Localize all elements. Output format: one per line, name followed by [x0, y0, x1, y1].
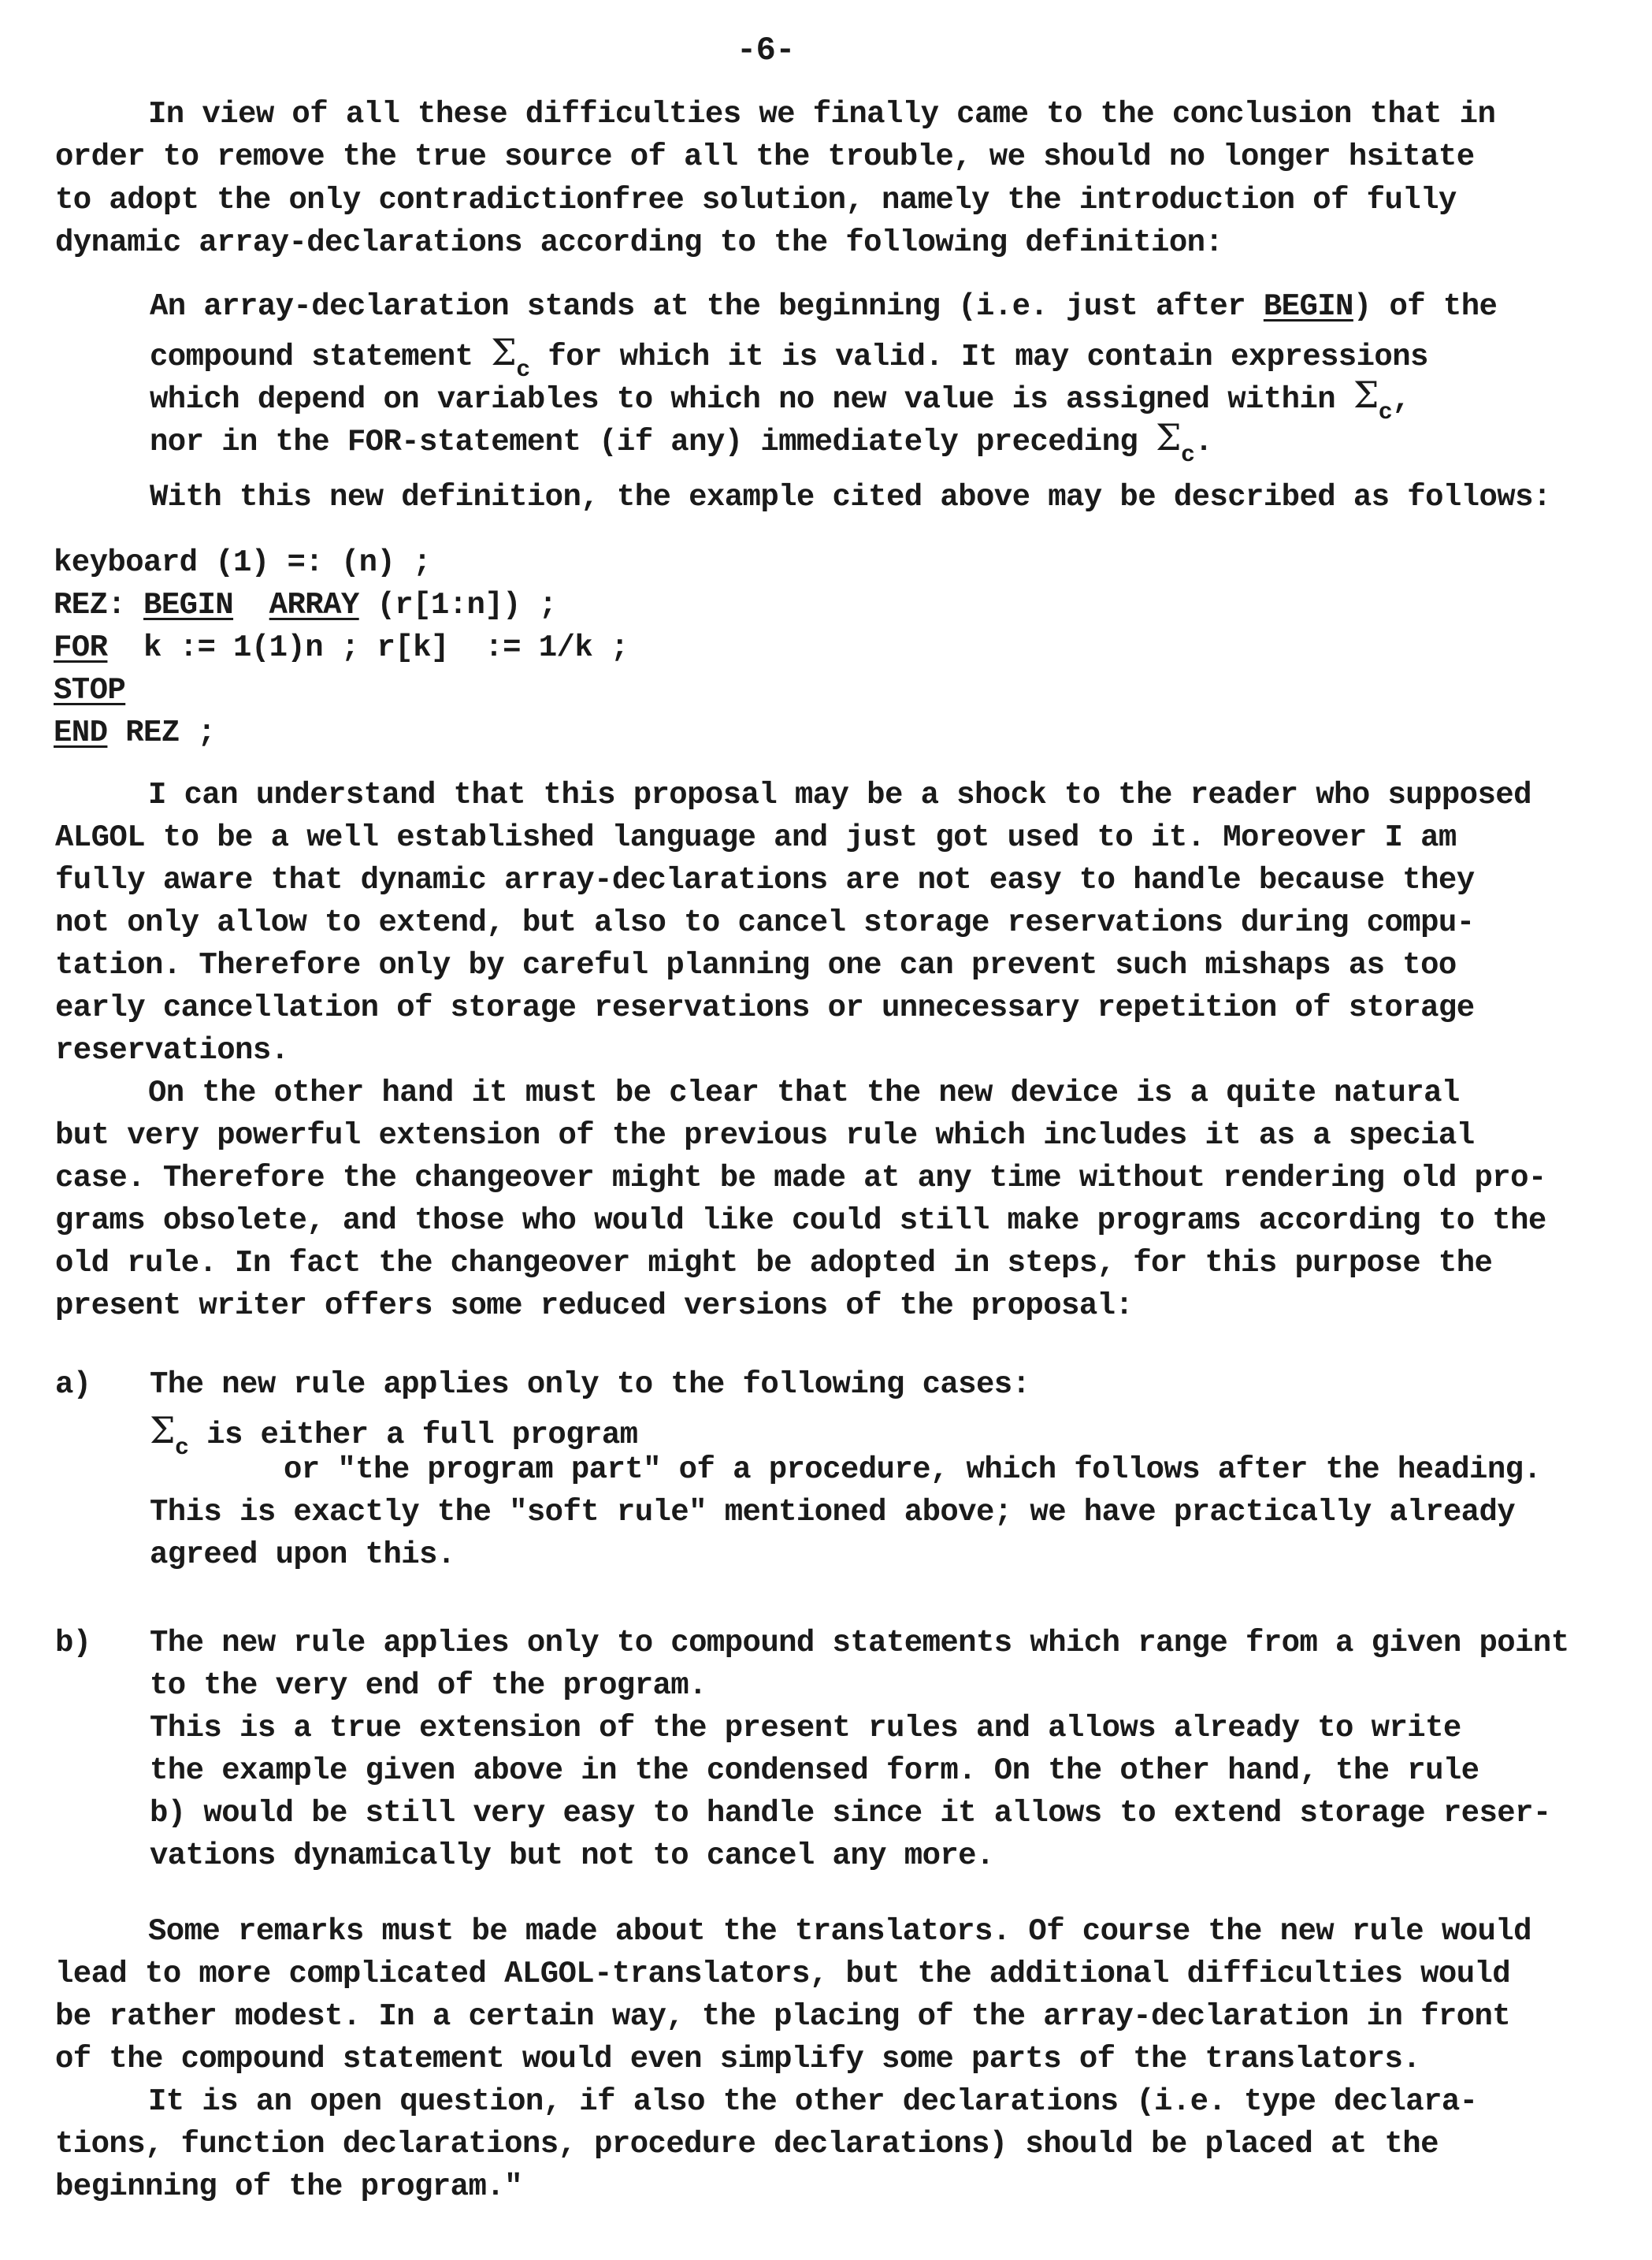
keyword-end: END	[54, 716, 107, 750]
sigma-symbol: Σ	[1353, 374, 1379, 416]
text-line: Some remarks must be made about the tran…	[148, 1916, 1531, 1947]
text-line: tions, function declarations, procedure …	[55, 2129, 1439, 2160]
text-line: order to remove the true source of all t…	[55, 142, 1475, 173]
code-line: keyboard (1) =: (n) ;	[54, 548, 431, 578]
text-line: On the other hand it must be clear that …	[148, 1078, 1460, 1109]
text-line: to the very end of the program.	[150, 1671, 707, 1701]
keyword-begin: BEGIN	[143, 588, 233, 623]
text-line: dynamic array-declarations according to …	[55, 228, 1223, 258]
sigma-symbol: Σ	[1156, 416, 1181, 459]
sigma-symbol: Σ	[491, 331, 516, 374]
text-line: The new rule applies only to compound st…	[150, 1628, 1569, 1659]
keyword-for: FOR	[54, 630, 107, 665]
text-line: fully aware that dynamic array-declarati…	[55, 865, 1475, 896]
text-line: This is a true extension of the present …	[150, 1713, 1461, 1744]
text-line: I can understand that this proposal may …	[148, 780, 1531, 811]
text-line: The new rule applies only to the followi…	[150, 1370, 1030, 1400]
keyword-stop: STOP	[54, 673, 125, 708]
text-line: Σc is either a full program	[150, 1412, 637, 1451]
text-line: In view of all these difficulties we fin…	[148, 99, 1495, 130]
text-line: not only allow to extend, but also to ca…	[55, 908, 1475, 939]
code-line: FOR k := 1(1)n ; r[k] := 1/k ;	[54, 633, 629, 664]
text-line: lead to more complicated ALGOL-translato…	[55, 1959, 1510, 1990]
code-line: END REZ ;	[54, 718, 215, 749]
text-line: old rule. In fact the changeover might b…	[55, 1248, 1492, 1279]
list-marker: a)	[55, 1370, 91, 1400]
text-line: compound statement Σc for which it is va…	[150, 334, 1428, 373]
text-line: tation. Therefore only by careful planni…	[55, 950, 1457, 981]
code-line: STOP	[54, 675, 125, 706]
text-line: An array-declaration stands at the begin…	[150, 292, 1497, 322]
list-marker: b)	[55, 1628, 91, 1659]
keyword-array: ARRAY	[269, 588, 359, 623]
text-line: or "the program part" of a procedure, wh…	[284, 1455, 1541, 1485]
text-line: the example given above in the condensed…	[150, 1756, 1479, 1786]
text-line: vations dynamically but not to cancel an…	[150, 1841, 994, 1872]
text-line: present writer offers some reduced versi…	[55, 1291, 1133, 1321]
code-line: REZ: BEGIN ARRAY (r[1:n]) ;	[54, 590, 557, 621]
text-line: of the compound statement would even sim…	[55, 2044, 1420, 2075]
text-line: case. Therefore the changeover might be …	[55, 1163, 1546, 1194]
text-line: reservations.	[55, 1035, 288, 1066]
text-line: grams obsolete, and those who would like…	[55, 1206, 1546, 1236]
text-line: b) would be still very easy to handle si…	[150, 1798, 1551, 1829]
text-line: With this new definition, the example ci…	[150, 482, 1551, 513]
text-line: This is exactly the "soft rule" mentione…	[150, 1497, 1515, 1528]
text-line: but very powerful extension of the previ…	[55, 1121, 1475, 1151]
page-number: -6-	[737, 32, 795, 69]
text-line: be rather modest. In a certain way, the …	[55, 2002, 1510, 2032]
text-line: ALGOL to be a well established language …	[55, 823, 1457, 853]
keyword-begin: BEGIN	[1264, 289, 1353, 324]
text-line: beginning of the program."	[55, 2172, 522, 2202]
document-page: -6- In view of all these difficulties we…	[0, 0, 1652, 2260]
text-line: agreed upon this.	[150, 1540, 455, 1570]
text-line: to adopt the only contradictionfree solu…	[55, 185, 1457, 216]
text-line: early cancellation of storage reservatio…	[55, 993, 1475, 1024]
text-line: which depend on variables to which no ne…	[150, 377, 1410, 415]
text-line: nor in the FOR-statement (if any) immedi…	[150, 419, 1212, 458]
text-line: It is an open question, if also the othe…	[148, 2087, 1477, 2117]
sigma-symbol: Σ	[150, 1409, 175, 1452]
